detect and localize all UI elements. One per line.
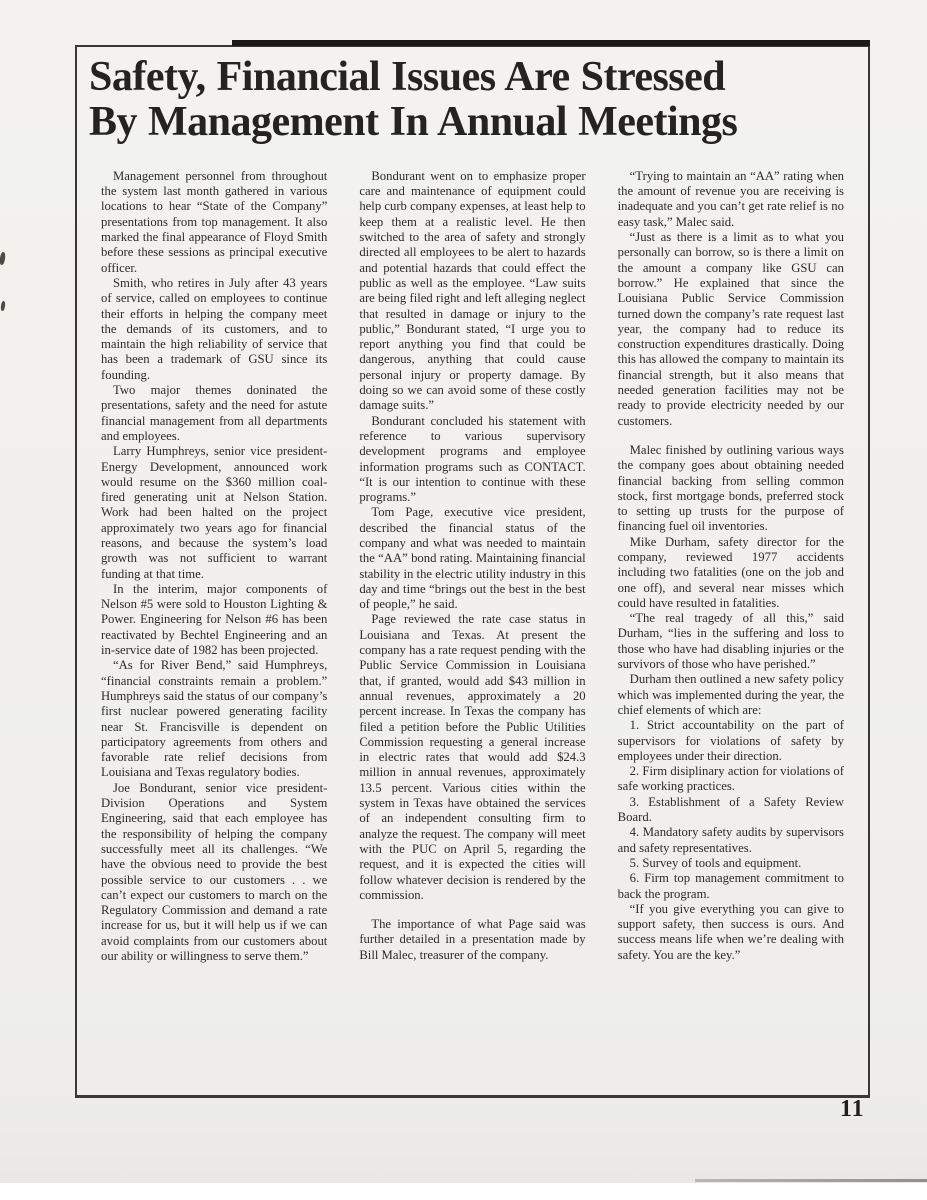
paragraph: The importance of what Page said was fur… (359, 917, 585, 963)
list-item-5: 5. Survey of tools and equipment. (618, 856, 844, 871)
paragraph: Joe Bondurant, senior vice president-Div… (101, 781, 327, 965)
paragraph: Bondurant went on to emphasize proper ca… (359, 169, 585, 414)
paragraph: Two major themes doninated the presentat… (101, 383, 327, 444)
page-edge-shadow (695, 1179, 927, 1182)
scan-line-artifact (232, 40, 870, 46)
column-2: Bondurant went on to emphasize proper ca… (359, 169, 585, 964)
paragraph: Tom Page, executive vice president, desc… (359, 505, 585, 612)
paragraph: “Trying to maintain an “AA” rating when … (618, 169, 844, 230)
paragraph: Page reviewed the rate case status in Lo… (359, 612, 585, 903)
column-3: “Trying to maintain an “AA” rating when … (618, 169, 844, 964)
paragraph: In the interim, major components of Nels… (101, 582, 327, 658)
column-1: Management personnel from throughout the… (101, 169, 327, 964)
paragraph: “As for River Bend,” said Humphreys, “fi… (101, 658, 327, 780)
article-border-box: Safety, Financial Issues Are Stressed By… (75, 45, 870, 1098)
scanned-newsletter-page: Safety, Financial Issues Are Stressed By… (0, 0, 927, 1200)
list-item-3: 3. Establishment of a Safety Review Boar… (618, 795, 844, 826)
article-headline: Safety, Financial Issues Are Stressed By… (77, 47, 868, 145)
paragraph: Smith, who retires in July after 43 year… (101, 276, 327, 383)
article-columns: Management personnel from throughout the… (101, 169, 844, 964)
headline-line-1: Safety, Financial Issues Are Stressed (89, 55, 868, 100)
paragraph: Durham then outlined a new safety policy… (618, 672, 844, 718)
paragraph: Larry Humphreys, senior vice president-E… (101, 444, 327, 582)
list-item-6: 6. Firm top management commitment to bac… (618, 871, 844, 902)
list-item-4: 4. Mandatory safety audits by supervisor… (618, 825, 844, 856)
list-item-1: 1. Strict accountability on the part of … (618, 718, 844, 764)
paragraph: Mike Durham, safety director for the com… (618, 535, 844, 611)
paragraph: “Just as there is a limit as to what you… (618, 230, 844, 429)
paragraph: Malec finished by outlining various ways… (618, 443, 844, 535)
paragraph: “If you give everything you can give to … (618, 902, 844, 963)
paragraph: “The real tragedy of all this,” said Dur… (618, 611, 844, 672)
headline-line-2: By Management In Annual Meetings (89, 100, 868, 145)
paragraph: Bondurant concluded his statement with r… (359, 414, 585, 506)
list-item-2: 2. Firm disiplinary action for violation… (618, 764, 844, 795)
paragraph: Management personnel from throughout the… (101, 169, 327, 276)
page-number: 11 (840, 1096, 865, 1123)
